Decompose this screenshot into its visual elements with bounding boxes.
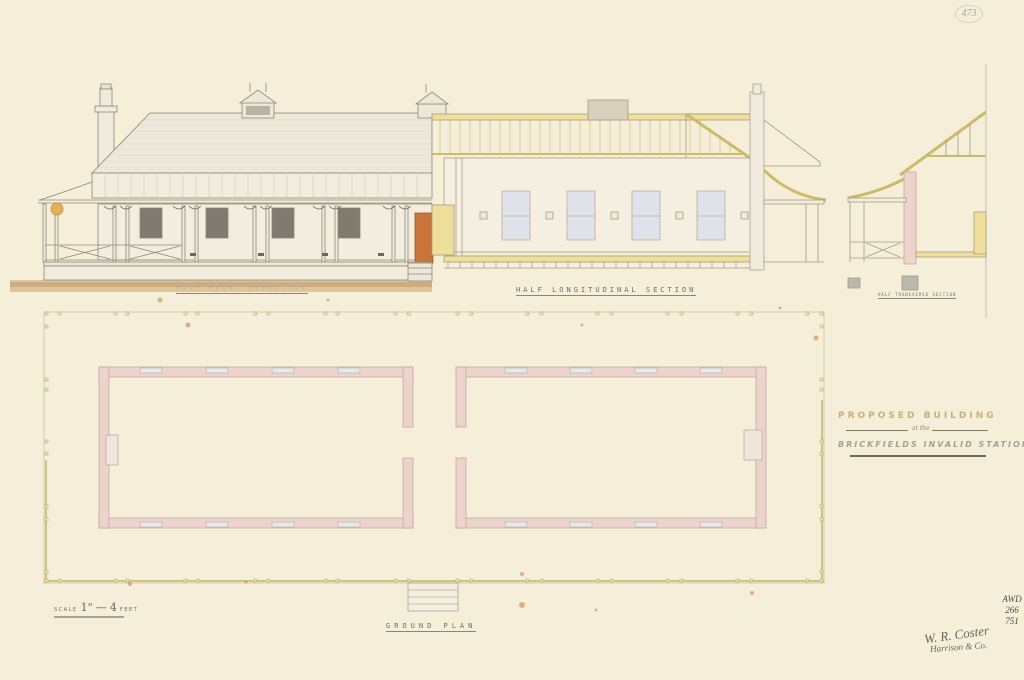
scale-feet-unit: FEET [120,607,138,613]
scale-prefix: SCALE [54,607,78,613]
architectural-drawing-sheet: HALF FRONT ELEVATION HALF LONGITUDINAL S… [0,0,1024,680]
transverse-section-drawing [848,64,986,318]
scale-note: SCALE 1" — 4 FEET [54,601,138,614]
catalogue-reference: AWD 266 751 [1002,594,1022,627]
title-line-1: PROPOSED BUILDING [838,411,997,421]
folio-number: 473 [955,5,983,23]
scale-feet-value: 4 [110,601,117,614]
paper-stains [128,298,819,612]
scale-inches: 1" [81,601,93,614]
front-elevation-drawing [10,83,448,292]
front-elevation-label: HALF FRONT ELEVATION [176,285,308,294]
catalogue-ref-line: 266 [1002,605,1022,616]
title-underline [850,455,986,457]
longitudinal-section-label: HALF LONGITUDINAL SECTION [516,286,696,296]
title-connector: at the [912,425,930,432]
title-rule-right [932,430,988,431]
ground-plan-drawing [44,312,824,611]
scale-underline [54,616,124,618]
transverse-section-label: HALF TRANSVERSE SECTION [878,292,956,299]
drawing-canvas [0,0,1024,680]
catalogue-ref-line: 751 [1002,616,1022,627]
scale-dash: — [96,601,107,614]
title-rule-left [846,430,908,431]
ground-plan-label: GROUND PLAN [386,622,476,632]
title-line-2: BRICKFIELDS INVALID STATION [838,440,1024,449]
longitudinal-section-drawing [432,84,826,270]
catalogue-ref-line: AWD [1002,594,1022,605]
